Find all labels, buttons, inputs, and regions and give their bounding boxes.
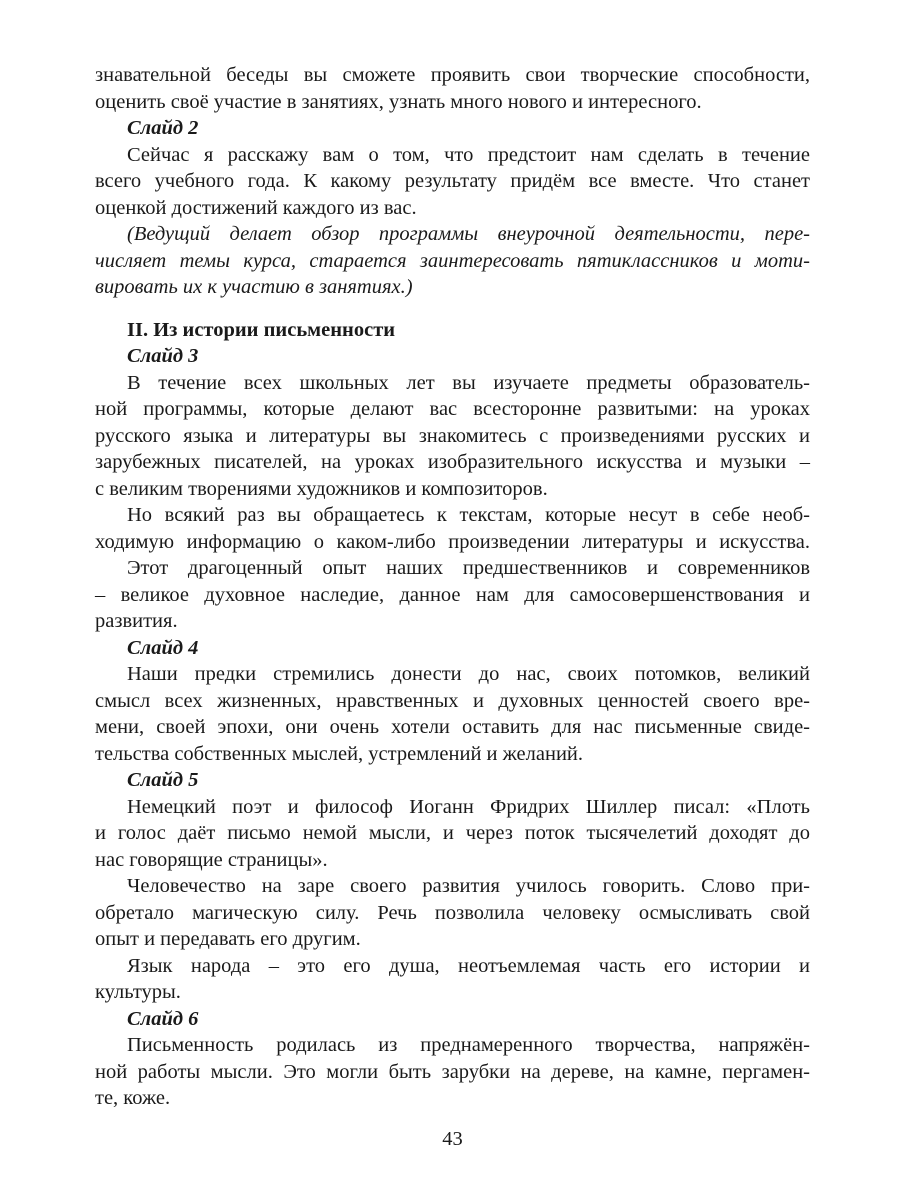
text-line: Человечество на заре своего развития учи… [95,873,810,900]
paragraph: Язык народа – это его душа, неотъемлемая… [95,953,810,1006]
paragraph: Но всякий раз вы обращаетесь к текстам, … [95,502,810,555]
text-line: – великое духовное наследие, данное нам … [95,582,810,609]
slide-label: Слайд 6 [95,1006,810,1033]
slide-label: Слайд 2 [95,115,810,142]
paragraph: знавательной беседы вы сможете проявить … [95,62,810,115]
text-line: опыт и передавать его другим. [95,926,810,953]
text-line: Слайд 4 [95,635,810,662]
text-line: В течение всех школьных лет вы изучаете … [95,370,810,397]
text-line: (Ведущий делает обзор программы внеурочн… [95,221,810,248]
text-line: те, коже. [95,1085,810,1112]
section-heading: II. Из истории письменности [95,317,810,344]
text-line: Но всякий раз вы обращаетесь к текстам, … [95,502,810,529]
text-line: развития. [95,608,810,635]
text-line: Слайд 2 [95,115,810,142]
text-line: ной программы, которые делают вас всесто… [95,396,810,423]
text-line: Слайд 5 [95,767,810,794]
text-line: Письменность родилась из преднамеренного… [95,1032,810,1059]
text-line: смысл всех жизненных, нравственных и дух… [95,688,810,715]
slide-label: Слайд 3 [95,343,810,370]
text-line: вировать их к участию в занятиях.) [95,274,810,301]
stage-direction: (Ведущий делает обзор программы внеурочн… [95,221,810,301]
paragraph: Человечество на заре своего развития учи… [95,873,810,953]
text-line: всего учебного года. К какому результату… [95,168,810,195]
text-line: с великим творениями художников и композ… [95,476,810,503]
paragraph: Письменность родилась из преднамеренного… [95,1032,810,1112]
text-line: знавательной беседы вы сможете проявить … [95,62,810,89]
text-line: мени, своей эпохи, они очень хотели оста… [95,714,810,741]
text-line: оценить своё участие в занятиях, узнать … [95,89,810,116]
paragraph: Этот драгоценный опыт наших предшественн… [95,555,810,635]
slide-label: Слайд 5 [95,767,810,794]
text-line: и голос даёт письмо немой мысли, и через… [95,820,810,847]
text-line: тельства собственных мыслей, устремлений… [95,741,810,768]
text-line: обретало магическую силу. Речь позволила… [95,900,810,927]
text-line: русского языка и литературы вы знакомите… [95,423,810,450]
text-line: числяет темы курса, старается заинтересо… [95,248,810,275]
text-line: ной работы мысли. Это могли быть зарубки… [95,1059,810,1086]
slide-label: Слайд 4 [95,635,810,662]
paragraph: Наши предки стремились донести до нас, с… [95,661,810,767]
document-page: знавательной беседы вы сможете проявить … [0,0,900,1200]
text-line: Сейчас я расскажу вам о том, что предсто… [95,142,810,169]
text-line: II. Из истории письменности [95,317,810,344]
text-line: Этот драгоценный опыт наших предшественн… [95,555,810,582]
text-line: Слайд 3 [95,343,810,370]
page-number: 43 [95,1126,810,1153]
paragraph: В течение всех школьных лет вы изучаете … [95,370,810,503]
text-line: Язык народа – это его душа, неотъемлемая… [95,953,810,980]
paragraph: Немецкий поэт и философ Иоганн Фридрих Ш… [95,794,810,874]
text-line: зарубежных писателей, на уроках изобрази… [95,449,810,476]
text-line: Немецкий поэт и философ Иоганн Фридрих Ш… [95,794,810,821]
text-line: оценкой достижений каждого из вас. [95,195,810,222]
text-line: Наши предки стремились донести до нас, с… [95,661,810,688]
text-line: нас говорящие страницы». [95,847,810,874]
page-text: знавательной беседы вы сможете проявить … [95,62,810,1112]
text-line: Слайд 6 [95,1006,810,1033]
text-line: ходимую информацию о каком-либо произвед… [95,529,810,556]
paragraph: Сейчас я расскажу вам о том, что предсто… [95,142,810,222]
text-line: культуры. [95,979,810,1006]
